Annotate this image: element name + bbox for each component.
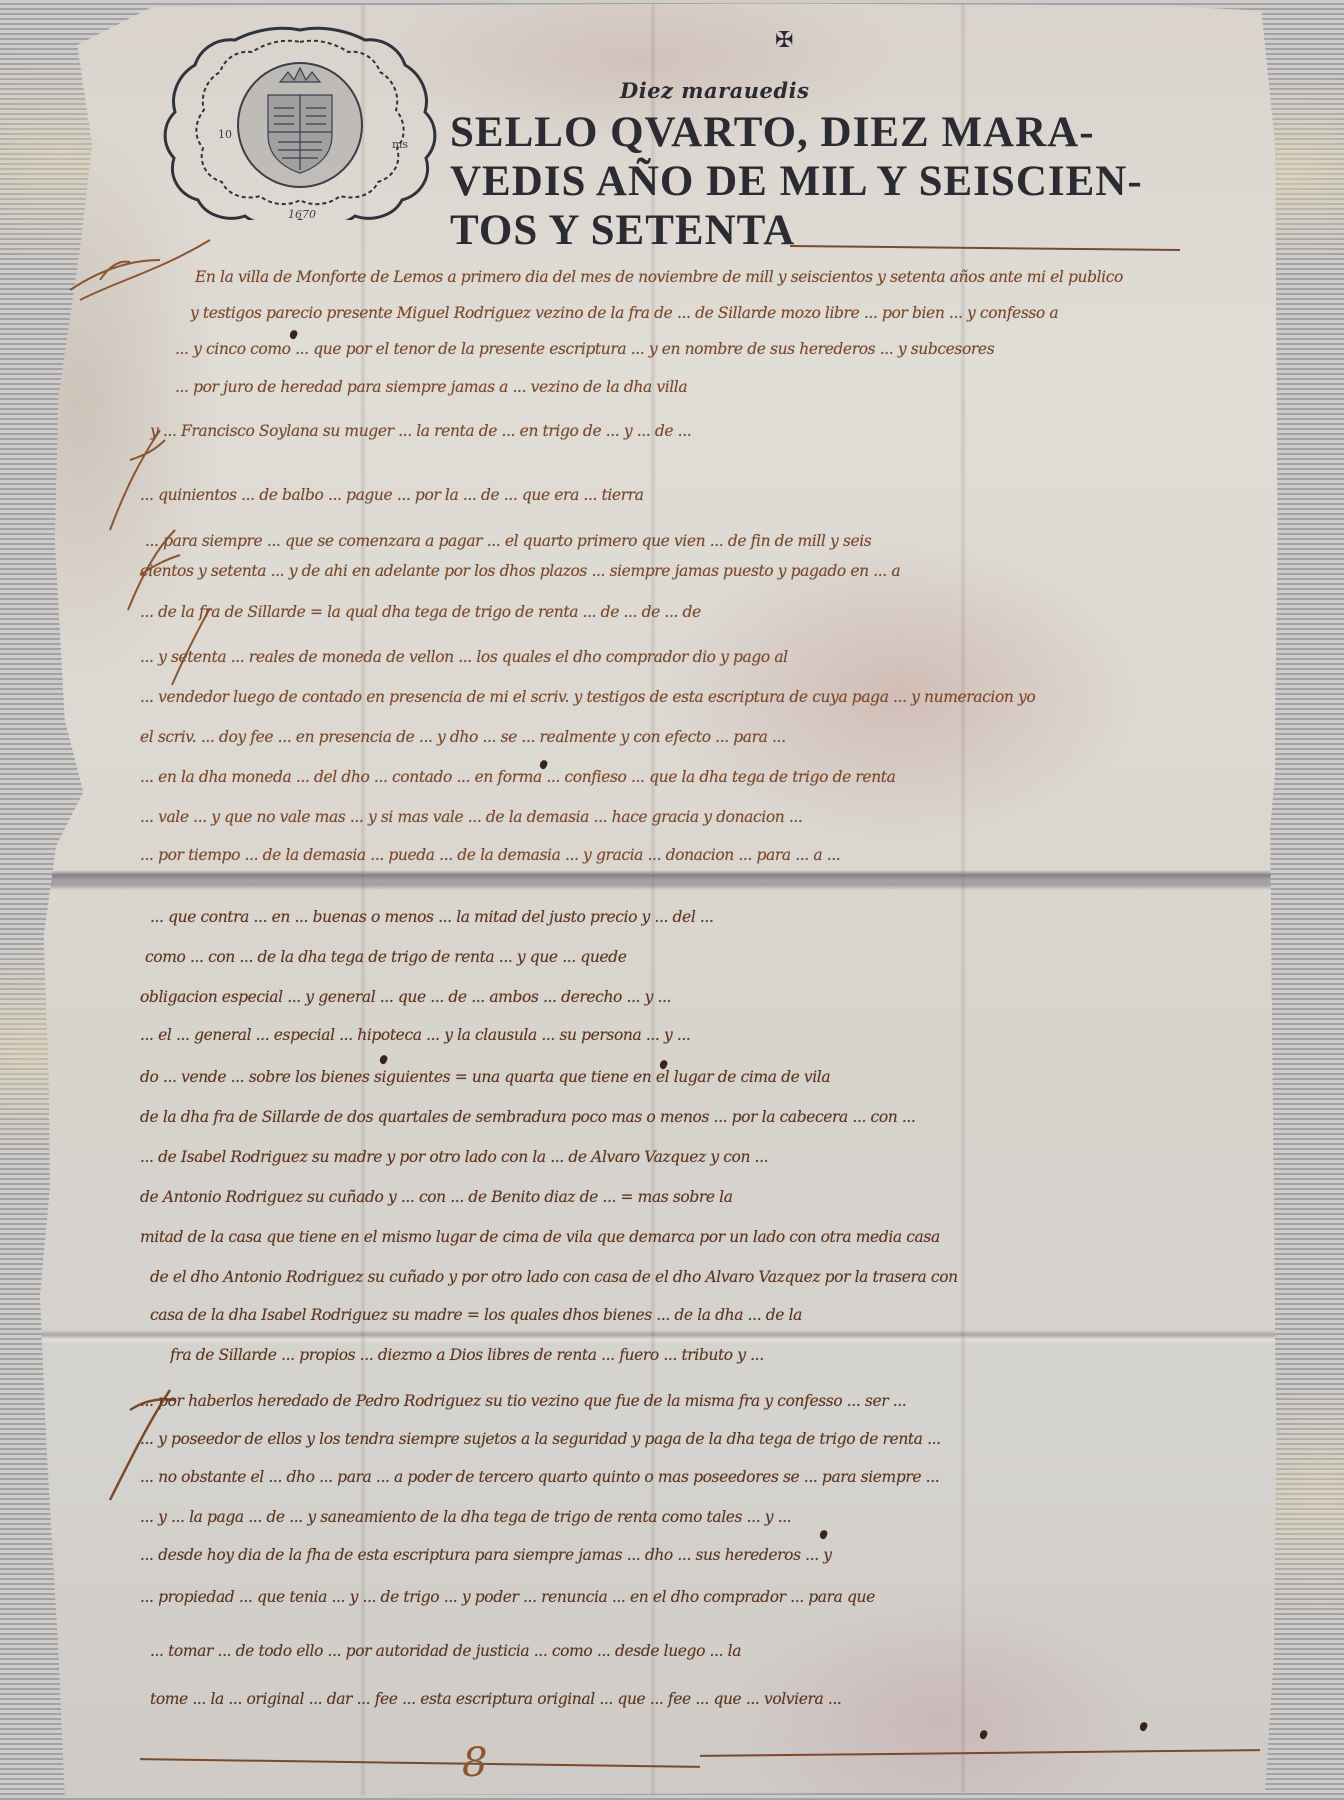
manuscript-line: ... de la fra de Sillarde = la qual dha … (140, 603, 1265, 621)
manuscript-line: ... vendedor luego de contado en presenc… (140, 688, 1270, 706)
manuscript-line: ... no obstante el ... dho ... para ... … (140, 1468, 1265, 1486)
manuscript-line: y ... Francisco Soylana su muger ... la … (150, 422, 1260, 440)
manuscript-line: ... tomar ... de todo ello ... por autor… (150, 1642, 1265, 1660)
manuscript-line: ... de Isabel Rodriguez su madre y por o… (140, 1148, 1265, 1166)
manuscript-line: el scriv. ... doy fee ... en presencia d… (140, 728, 1270, 746)
handwritten-body: En la villa de Monforte de Lemos a prime… (0, 0, 1344, 1800)
manuscript-line: ... y poseedor de ellos y los tendra sie… (140, 1430, 1265, 1448)
manuscript-line: ... y setenta ... reales de moneda de ve… (140, 648, 1270, 666)
manuscript-line: ... por juro de heredad para siempre jam… (175, 378, 1265, 396)
manuscript-line: ... el ... general ... especial ... hipo… (140, 1026, 1265, 1044)
notary-rubric-mark: 8 (462, 1740, 487, 1786)
manuscript-line: ... en la dha moneda ... del dho ... con… (140, 768, 1270, 786)
manuscript-line: En la villa de Monforte de Lemos a prime… (195, 268, 1265, 286)
manuscript-line: do ... vende ... sobre los bienes siguie… (140, 1068, 1265, 1086)
manuscript-line: como ... con ... de la dha tega de trigo… (145, 948, 1265, 966)
manuscript-line: de la dha fra de Sillarde de dos quartal… (140, 1108, 1265, 1126)
manuscript-line: ... vale ... y que no vale mas ... y si … (140, 808, 1270, 826)
manuscript-line: ... y cinco como ... que por el tenor de… (175, 340, 1265, 358)
manuscript-line: cientos y setenta ... y de ahi en adelan… (140, 562, 1265, 580)
manuscript-line: ... y ... la paga ... de ... y saneamien… (140, 1508, 1265, 1526)
manuscript-line: ... para siempre ... que se comenzara a … (145, 532, 1265, 550)
manuscript-line: ... propiedad ... que tenia ... y ... de… (140, 1588, 1265, 1606)
manuscript-line: mitad de la casa que tiene en el mismo l… (140, 1228, 1265, 1246)
manuscript-line: ... que contra ... en ... buenas o menos… (150, 908, 1265, 926)
manuscript-line: ... por haberlos heredado de Pedro Rodri… (140, 1392, 1265, 1410)
manuscript-line: y testigos parecio presente Miguel Rodri… (190, 304, 1270, 322)
manuscript-line: ... desde hoy dia de la fha de esta escr… (140, 1546, 1265, 1564)
manuscript-line: de Antonio Rodriguez su cuñado y ... con… (140, 1188, 1265, 1206)
manuscript-line: obligacion especial ... y general ... qu… (140, 988, 1265, 1006)
manuscript-line: ... quinientos ... de balbo ... pague ..… (140, 486, 1260, 504)
manuscript-line: casa de la dha Isabel Rodriguez su madre… (150, 1306, 1265, 1324)
manuscript-line: tome ... la ... original ... dar ... fee… (150, 1690, 1265, 1708)
manuscript-line: fra de Sillarde ... propios ... diezmo a… (170, 1346, 1265, 1364)
manuscript-line: de el dho Antonio Rodriguez su cuñado y … (150, 1268, 1265, 1286)
manuscript-line: ... por tiempo ... de la demasia ... pue… (140, 846, 1270, 864)
